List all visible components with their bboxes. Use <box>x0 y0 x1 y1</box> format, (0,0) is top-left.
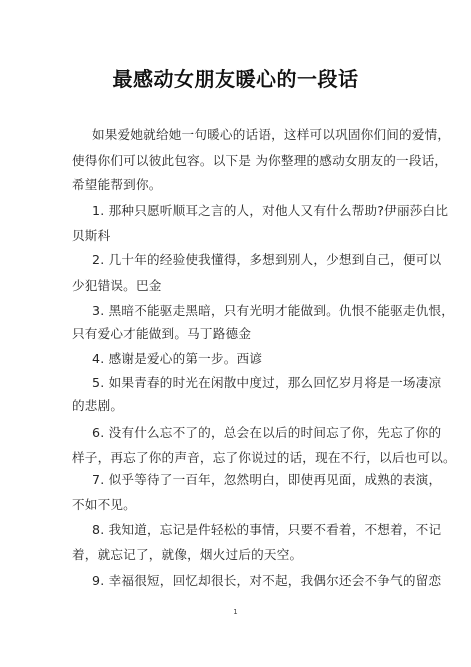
item-5-line-2: 的悲剧。 <box>72 395 123 414</box>
item-3-line-2: 只有爱心才能做到。马丁路德金 <box>72 323 251 342</box>
page-number: 1 <box>0 608 471 616</box>
item-8-line-2: 着，就忘记了，就像，烟火过后的天空。 <box>72 544 302 563</box>
intro-line-1: 如果爱她就给她一句暖心的话语，这样可以巩固你们间的爱情， <box>92 124 450 143</box>
item-2-line-1: 2. 几十年的经验使我懂得，多想到别人，少想到自己，便可以 <box>92 249 441 268</box>
document-title: 最感动女朋友暖心的一段话 <box>0 63 471 92</box>
item-5-line-1: 5. 如果青春的时光在闲散中度过，那么回忆岁月将是一场凄凉 <box>92 372 441 391</box>
item-1-line-2: 贝斯科 <box>72 225 110 244</box>
item-7-line-1: 7. 似乎等待了一百年，忽然明白，即使再见面，成熟的表演， <box>92 469 441 488</box>
item-6-line-1: 6. 没有什么忘不了的，总会在以后的时间忘了你，先忘了你的 <box>92 422 441 441</box>
item-7-line-2: 不如不见。 <box>72 494 136 513</box>
item-3-line-1: 3. 黑暗不能驱走黑暗，只有光明才能做到。仇恨不能驱走仇恨， <box>92 300 454 319</box>
item-4-line-1: 4. 感谢是爱心的第一步。西谚 <box>92 348 262 367</box>
item-2-line-2: 少犯错误。巴金 <box>72 275 162 294</box>
item-8-line-1: 8. 我知道，忘记是件轻松的事情，只要不看着，不想着，不记 <box>92 519 441 538</box>
item-1-line-1: 1. 那种只愿听顺耳之言的人，对他人又有什么帮助?伊丽莎白比 <box>92 200 448 219</box>
document-page: 最感动女朋友暖心的一段话 如果爱她就给她一句暖心的话语，这样可以巩固你们间的爱情… <box>0 0 471 667</box>
intro-line-2: 使得你们可以彼此包容。以下是 为你整理的感动女朋友的一段话， <box>72 150 447 169</box>
item-9-line-1: 9. 幸福很短，回忆却很长，对不起，我偶尔还会不争气的留恋 <box>92 570 441 589</box>
intro-line-3: 希望能帮到你。 <box>72 174 162 193</box>
item-6-line-2: 样子，再忘了你的声音，忘了你说过的话，现在不行，以后也可以。 <box>72 447 456 466</box>
